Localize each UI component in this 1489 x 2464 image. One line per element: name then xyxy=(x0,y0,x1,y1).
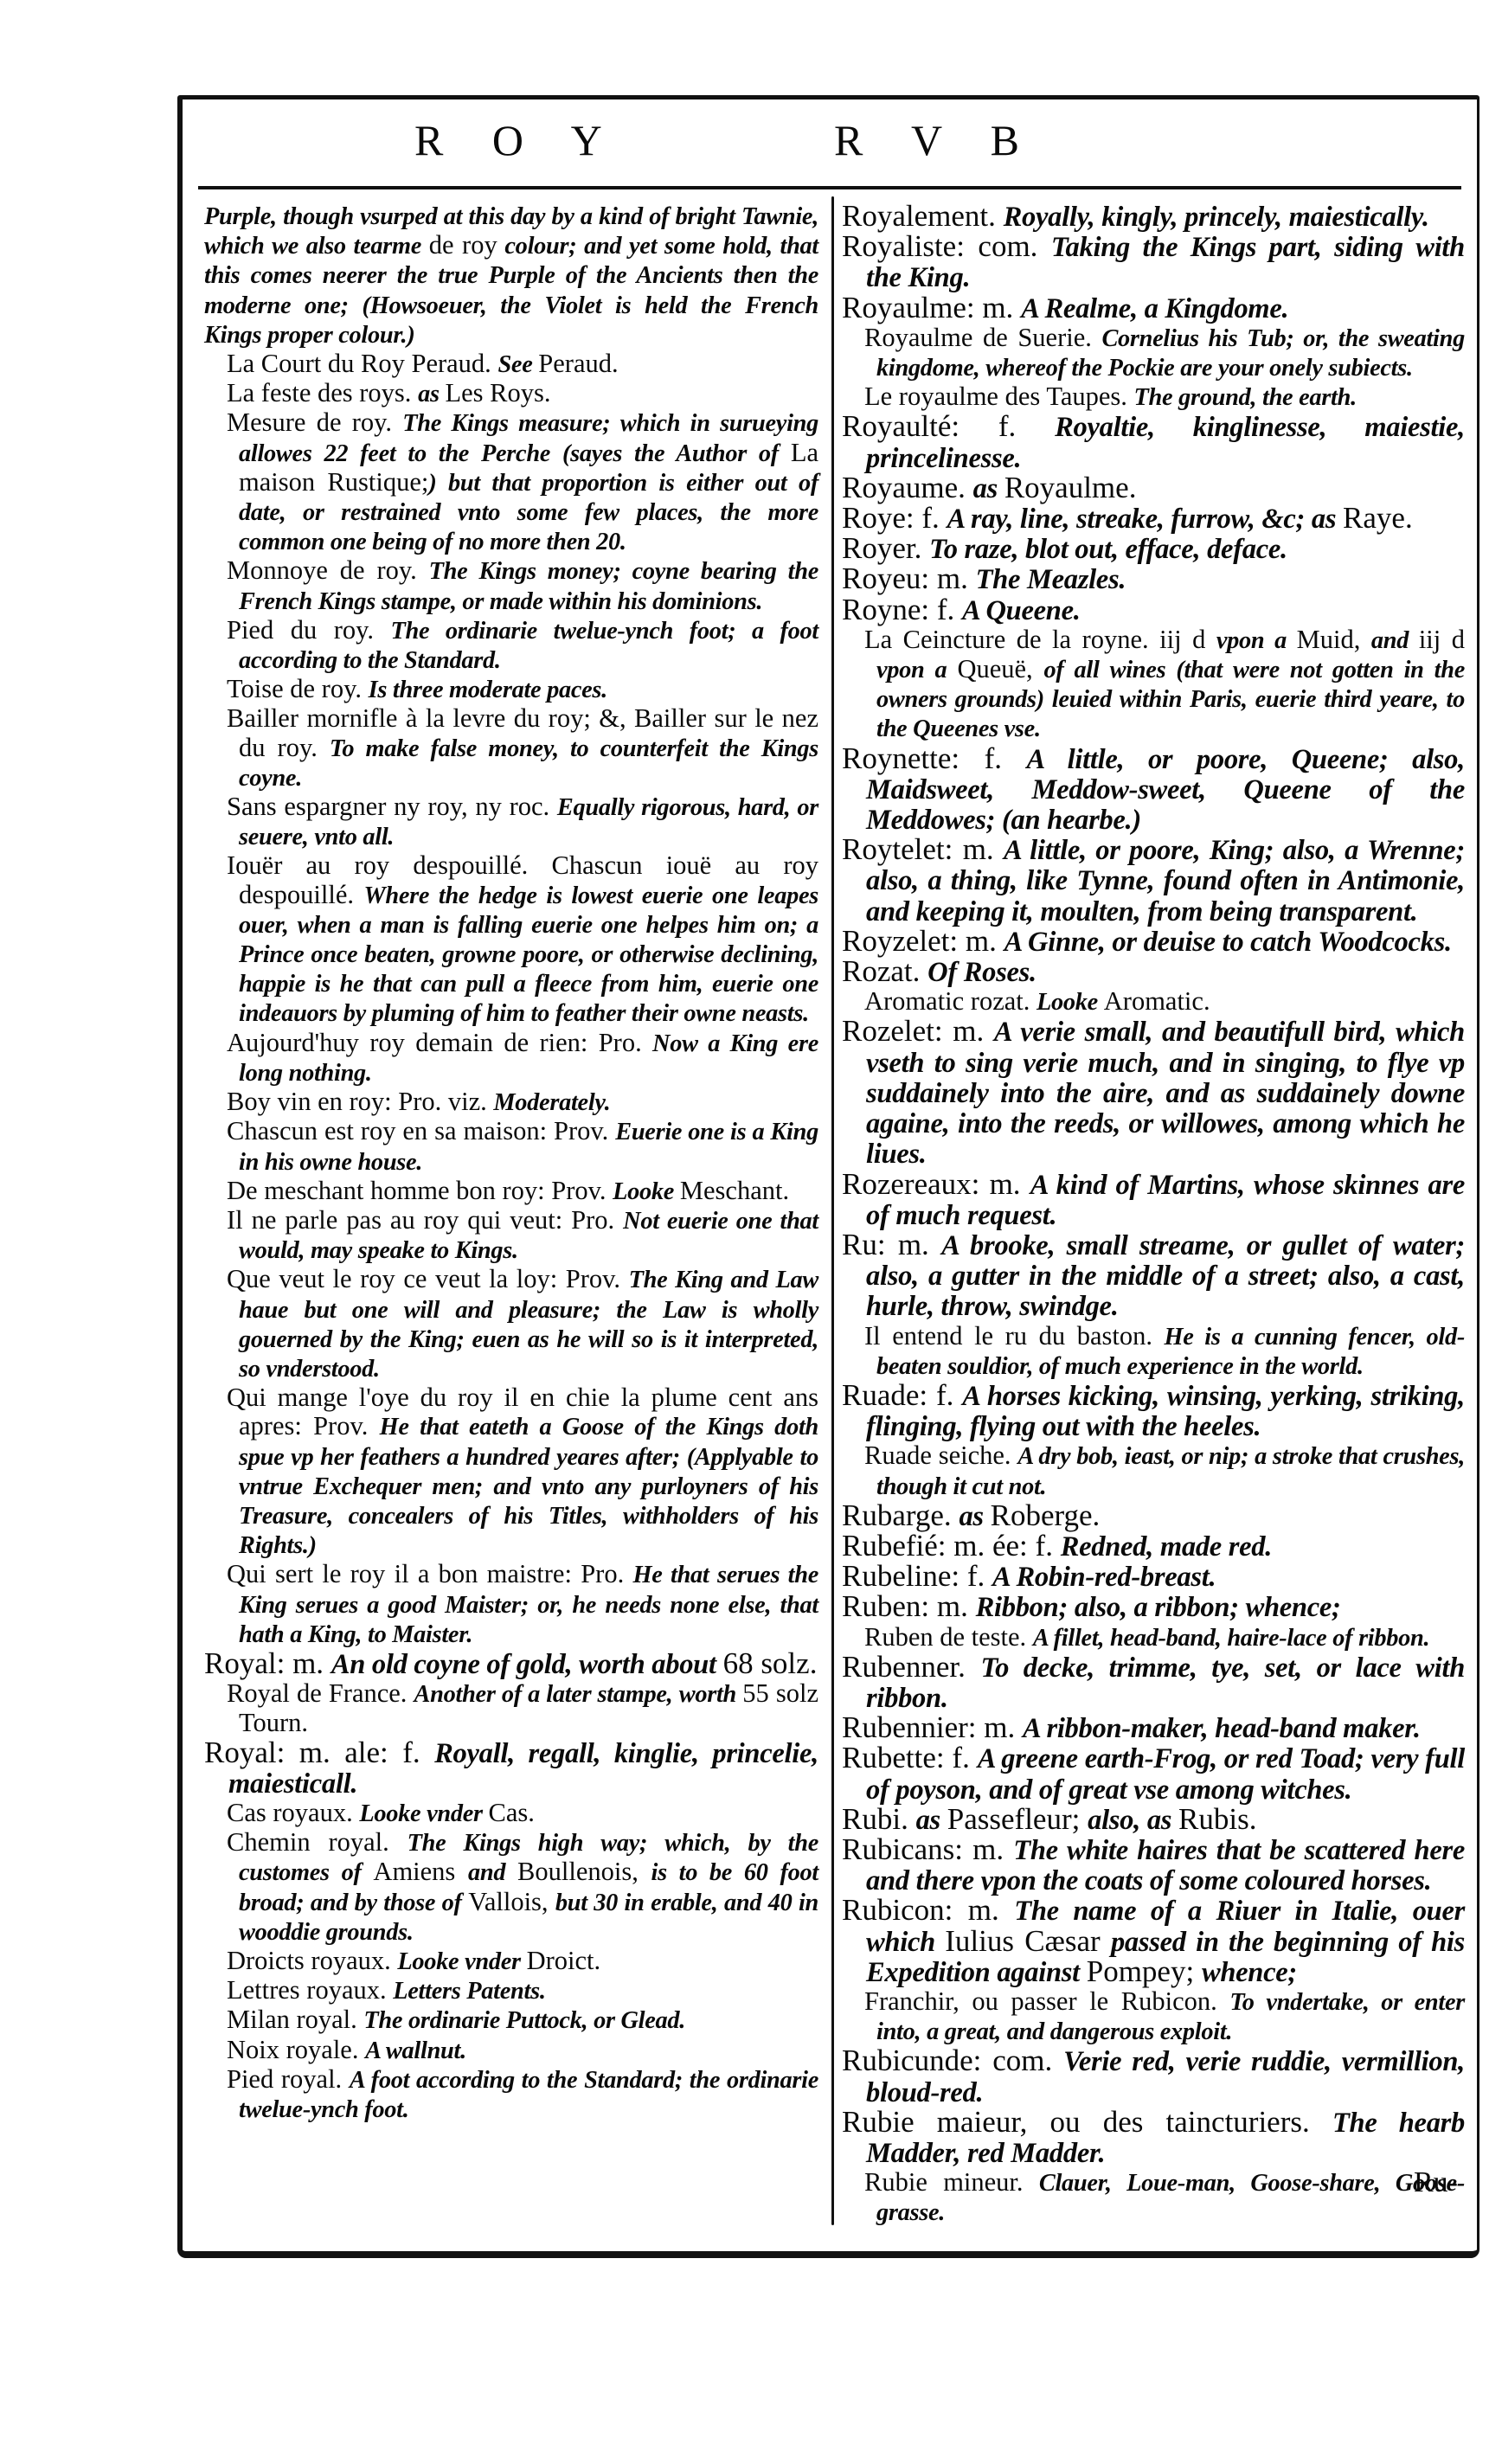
english-gloss: Is three moderate paces. xyxy=(369,677,607,703)
french-term: Roytelet: m. xyxy=(842,832,1004,866)
dictionary-entry: Il entend le ru du baston. He is a cunni… xyxy=(842,1322,1465,1381)
dictionary-entry: Purple, though vsurped at this day by a … xyxy=(204,202,818,350)
english-gloss: as xyxy=(973,473,1004,504)
french-term: Franchir, ou passer le Rubicon. xyxy=(864,1986,1229,2016)
dictionary-entry: Bailler mornifle à la levre du roy; &, B… xyxy=(204,704,818,792)
french-term: Rubennier: m. xyxy=(842,1710,1023,1744)
running-header: R O Y R V B xyxy=(198,99,1461,189)
french-term: iij d xyxy=(1419,625,1465,654)
dictionary-entry: Qui sert le roy il a bon maistre: Pro. H… xyxy=(204,1560,818,1649)
dictionary-entry: Ruben de teste. A fillet, head-band, hai… xyxy=(842,1623,1465,1652)
english-gloss: Letters Patents. xyxy=(393,1978,545,2005)
dictionary-entry: Franchir, ou passer le Rubicon. To vnder… xyxy=(842,1987,1465,2046)
french-term: Le royaulme des Taupes. xyxy=(864,382,1134,411)
french-term: Lettres royaux. xyxy=(227,1975,393,2005)
french-term: Rubie maieur, ou des taincturiers. xyxy=(842,2105,1332,2139)
dictionary-entry: Ruade seiche. A dry bob, ieast, or nip; … xyxy=(842,1441,1465,1500)
dictionary-headword-entry: Royal: m. ale: f. Royall, regall, kingli… xyxy=(204,1738,818,1799)
french-term: Rubicans: m. xyxy=(842,1832,1013,1866)
french-term: Meschant. xyxy=(680,1176,789,1205)
dictionary-headword-entry: Roye: f. A ray, line, streake, furrow, &… xyxy=(842,504,1465,534)
french-term: Amiens xyxy=(373,1857,468,1886)
english-gloss: Looke vnder xyxy=(359,1800,488,1827)
dictionary-headword-entry: Royaulme: m. A Realme, a Kingdome. xyxy=(842,293,1465,324)
french-term: De meschant homme bon roy: Prov. xyxy=(227,1176,613,1205)
english-gloss: and xyxy=(1371,627,1419,654)
english-gloss: An old coyne of gold, worth about xyxy=(331,1649,723,1680)
dictionary-headword-entry: Rubicunde: com. Verie red, verie ruddie,… xyxy=(842,2046,1465,2107)
french-term: Sans espargner ny roy, ny roc. xyxy=(227,792,557,821)
dictionary-headword-entry: Ruade: f. A horses kicking, winsing, yer… xyxy=(842,1381,1465,1441)
french-term: Royalement. xyxy=(842,199,1004,233)
french-term: Royne: f. xyxy=(842,593,962,626)
dictionary-entry: Pied royal. A foot according to the Stan… xyxy=(204,2065,818,2124)
dictionary-headword-entry: Roynette: f. A little, or poore, Queene;… xyxy=(842,744,1465,836)
catchword: Ru- xyxy=(1414,2166,1458,2199)
french-term: Roynette: f. xyxy=(842,741,1026,775)
english-gloss: To raze, blot out, efface, deface. xyxy=(929,534,1287,565)
french-term: La Ceincture de la royne. iij d xyxy=(864,625,1216,654)
dictionary-entry: La feste des roys. as Les Roys. xyxy=(204,379,818,408)
french-term: Rubenner. xyxy=(842,1650,981,1684)
french-term: Rubefié: m. ée: f. xyxy=(842,1529,1061,1562)
french-term: Ruben: m. xyxy=(842,1589,976,1623)
french-term: Ru: m. xyxy=(842,1228,941,1261)
dictionary-headword-entry: Rubicon: m. The name of a Riuer in Itali… xyxy=(842,1896,1465,1987)
french-term: Qui sert le roy il a bon maistre: Pro. xyxy=(227,1559,633,1588)
french-term: Royaulme de Suerie. xyxy=(864,323,1101,352)
dictionary-entry: Sans espargner ny roy, ny roc. Equally r… xyxy=(204,792,818,851)
french-term: Aromatic rozat. xyxy=(864,986,1037,1016)
english-gloss: Looke xyxy=(613,1178,680,1205)
french-term: Droict. xyxy=(527,1946,601,1975)
english-gloss: as xyxy=(959,1501,990,1532)
french-term: Il ne parle pas au roy qui veut: Pro. xyxy=(227,1205,623,1235)
dictionary-entry: La Ceincture de la royne. iij d vpon a M… xyxy=(842,626,1465,744)
french-term: Peraud. xyxy=(538,349,618,378)
english-gloss: as xyxy=(418,381,445,407)
english-gloss: Looke vnder xyxy=(397,1948,526,1975)
dictionary-headword-entry: Rozelet: m. A verie small, and beautiful… xyxy=(842,1017,1465,1169)
dictionary-headword-entry: Royer. To raze, blot out, efface, deface… xyxy=(842,534,1465,564)
french-term: Royzelet: m. xyxy=(842,924,1004,958)
dictionary-entry: Toise de roy. Is three moderate paces. xyxy=(204,675,818,704)
dictionary-headword-entry: Rubenner. To decke, trimme, tye, set, or… xyxy=(842,1652,1465,1713)
dictionary-headword-entry: Rozereaux: m. A kind of Martins, whose s… xyxy=(842,1170,1465,1230)
dictionary-entry: De meschant homme bon roy: Prov. Looke M… xyxy=(204,1177,818,1206)
english-gloss: as xyxy=(916,1805,947,1836)
dictionary-entry: Il ne parle pas au roy qui veut: Pro. No… xyxy=(204,1206,818,1265)
french-term: Toise de roy. xyxy=(227,674,369,703)
english-gloss: See xyxy=(497,351,538,378)
dictionary-entry: Droicts royaux. Looke vnder Droict. xyxy=(204,1947,818,1976)
english-gloss: vpon a xyxy=(876,657,957,683)
french-term: Royaume. xyxy=(842,471,973,504)
running-head-right: R V B xyxy=(834,115,1038,165)
french-term: Pied royal. xyxy=(227,2064,350,2094)
dictionary-entry: Milan royal. The ordinarie Puttock, or G… xyxy=(204,2005,818,2035)
french-term: Royal de France. xyxy=(227,1678,414,1708)
dictionary-headword-entry: Rubefié: m. ée: f. Redned, made red. xyxy=(842,1531,1465,1562)
french-term: Pied du roy. xyxy=(227,615,390,645)
english-gloss: whence; xyxy=(1202,1957,1297,1988)
english-gloss: A brooke, small streame, or gullet of wa… xyxy=(866,1230,1465,1322)
french-term: La feste des roys. xyxy=(227,378,418,407)
dictionary-entry: Mesure de roy. The Kings measure; which … xyxy=(204,408,818,556)
dictionary-entry: Royal de France. Another of a later stam… xyxy=(204,1679,818,1737)
french-term: Chascun est roy en sa maison: Prov. xyxy=(227,1116,615,1145)
french-term: Aromatic. xyxy=(1104,986,1210,1016)
french-term: Vallois, xyxy=(468,1887,555,1916)
french-term: Iulius Cæsar xyxy=(945,1924,1111,1958)
dictionary-headword-entry: Royalement. Royally, kingly, princely, m… xyxy=(842,202,1465,232)
english-gloss: A Realme, a Kingdome. xyxy=(1021,293,1288,324)
english-gloss: Moderately. xyxy=(493,1089,610,1116)
dictionary-entry: Chascun est roy en sa maison: Prov. Euer… xyxy=(204,1117,818,1176)
french-term: Mesure de roy. xyxy=(227,407,402,437)
english-gloss: The Meazles. xyxy=(976,564,1126,595)
french-term: Royaulté: f. xyxy=(842,409,1055,443)
french-term: Droicts royaux. xyxy=(227,1946,397,1975)
french-term: Queuë, xyxy=(957,654,1043,683)
dictionary-headword-entry: Royaume. as Royaulme. xyxy=(842,473,1465,504)
dictionary-headword-entry: Royaliste: com. Taking the Kings part, s… xyxy=(842,232,1465,292)
french-term: 68 solz. xyxy=(723,1646,818,1680)
dictionary-headword-entry: Royaulté: f. Royaltie, kinglinesse, maie… xyxy=(842,412,1465,472)
french-term: Boullenois, xyxy=(517,1857,651,1886)
dictionary-entry: Monnoye de roy. The Kings money; coyne b… xyxy=(204,556,818,615)
french-term: Royeu: m. xyxy=(842,561,976,595)
french-term: Rubis. xyxy=(1178,1802,1256,1836)
dictionary-entry: Royaulme de Suerie. Cornelius his Tub; o… xyxy=(842,324,1465,382)
french-term: Cas. xyxy=(489,1798,535,1827)
french-term: Monnoye de roy. xyxy=(227,555,429,585)
english-gloss: A ribbon-maker, head-band maker. xyxy=(1023,1713,1421,1744)
dictionary-headword-entry: Royeu: m. The Meazles. xyxy=(842,564,1465,594)
french-term: Roberge. xyxy=(991,1498,1101,1532)
english-gloss: A Robin-red-breast. xyxy=(992,1562,1216,1593)
english-gloss: also, as xyxy=(1088,1805,1178,1836)
dictionary-headword-entry: Royzelet: m. A Ginne, or deuise to catch… xyxy=(842,927,1465,957)
dictionary-entry: La Court du Roy Peraud. See Peraud. xyxy=(204,350,818,379)
dictionary-headword-entry: Rozat. Of Roses. xyxy=(842,957,1465,987)
french-term: Noix royale. xyxy=(227,2035,365,2064)
english-gloss: vpon a xyxy=(1216,627,1297,654)
english-gloss: Royally, kingly, princely, maiestically. xyxy=(1004,202,1429,233)
french-term: Rubi. xyxy=(842,1802,916,1836)
dictionary-headword-entry: Royal: m. An old coyne of gold, worth ab… xyxy=(204,1649,818,1679)
french-term: Royaliste: com. xyxy=(842,229,1051,263)
dictionary-headword-entry: Roytelet: m. A little, or poore, King; a… xyxy=(842,835,1465,927)
dictionary-headword-entry: Rubie maieur, ou des taincturiers. The h… xyxy=(842,2108,1465,2168)
dictionary-entry: Qui mange l'oye du roy il en chie la plu… xyxy=(204,1383,818,1560)
dictionary-entry: Que veut le roy ce veut la loy: Prov. Th… xyxy=(204,1265,818,1383)
french-term: Raye. xyxy=(1343,501,1413,535)
dictionary-headword-entry: Ru: m. A brooke, small streame, or gulle… xyxy=(842,1230,1465,1322)
dictionary-entry: Rubie mineur. Clauer, Loue-man, Goose-sh… xyxy=(842,2168,1465,2227)
dictionary-entry: Aujourd'huy roy demain de rien: Pro. Now… xyxy=(204,1029,818,1088)
french-term: Rubie mineur. xyxy=(864,2167,1039,2197)
french-term: Muid, xyxy=(1297,625,1371,654)
running-head-left: R O Y xyxy=(414,115,621,165)
french-term: Royaulme. xyxy=(1004,471,1137,504)
english-gloss: A Queene. xyxy=(962,595,1081,626)
french-term: Rubicon: m. xyxy=(842,1893,1014,1927)
dictionary-entry: Boy vin en roy: Pro. viz. Moderately. xyxy=(204,1088,818,1117)
french-term: Rozelet: m. xyxy=(842,1014,994,1048)
french-term: Pompey; xyxy=(1087,1954,1202,1988)
french-term: Milan royal. xyxy=(227,2005,363,2034)
dictionary-headword-entry: Rubeline: f. A Robin-red-breast. xyxy=(842,1562,1465,1592)
french-term: Roye: f. xyxy=(842,501,947,535)
french-term: Les Roys. xyxy=(445,378,550,407)
dictionary-entry: Le royaulme des Taupes. The ground, the … xyxy=(842,382,1465,412)
right-column: Royalement. Royally, kingly, princely, m… xyxy=(842,202,1465,2228)
french-term: Rubeline: f. xyxy=(842,1559,992,1593)
french-term: Rozat. xyxy=(842,954,927,988)
english-gloss: Of Roses. xyxy=(927,957,1037,988)
french-term: Rubarge. xyxy=(842,1498,959,1532)
dictionary-entry: Cas royaux. Looke vnder Cas. xyxy=(204,1799,818,1828)
dictionary-headword-entry: Rubennier: m. A ribbon-maker, head-band … xyxy=(842,1713,1465,1743)
dictionary-entry: Lettres royaux. Letters Patents. xyxy=(204,1976,818,2005)
english-gloss: A wallnut. xyxy=(365,2037,466,2064)
dictionary-headword-entry: Rubi. as Passefleur; also, as Rubis. xyxy=(842,1805,1465,1835)
dictionary-entry: Pied du roy. The ordinarie twelue-ynch f… xyxy=(204,616,818,675)
french-term: Rubicunde: com. xyxy=(842,2044,1063,2077)
french-term: Royaulme: m. xyxy=(842,291,1021,324)
dictionary-headword-entry: Royne: f. A Queene. xyxy=(842,595,1465,626)
dictionary-entry: Noix royale. A wallnut. xyxy=(204,2036,818,2065)
french-term: Boy vin en roy: Pro. viz. xyxy=(227,1087,493,1116)
english-gloss: and xyxy=(468,1859,517,1886)
french-term: de roy xyxy=(429,230,497,260)
french-term: Ruade: f. xyxy=(842,1378,962,1412)
dictionary-entry: Chemin royal. The Kings high way; which,… xyxy=(204,1828,818,1947)
english-gloss: A fillet, head-band, haire-lace of ribbo… xyxy=(1033,1625,1429,1652)
dictionary-headword-entry: Ruben: m. Ribbon; also, a ribbon; whence… xyxy=(842,1592,1465,1622)
french-term: Rubette: f. xyxy=(842,1741,978,1774)
french-term: La Court du Roy Peraud. xyxy=(227,349,497,378)
dictionary-headword-entry: Rubicans: m. The white haires that be sc… xyxy=(842,1835,1465,1896)
english-gloss: The ground, the earth. xyxy=(1134,384,1357,411)
french-term: Ruben de teste. xyxy=(864,1622,1033,1652)
french-term: Il entend le ru du baston. xyxy=(864,1321,1165,1351)
left-column: Purple, though vsurped at this day by a … xyxy=(204,202,818,2124)
dictionary-headword-entry: Rubette: f. A greene earth-Frog, or red … xyxy=(842,1743,1465,1804)
french-term: Chemin royal. xyxy=(227,1827,408,1857)
english-gloss: Another of a later stampe, worth xyxy=(414,1681,743,1708)
french-term: Aujourd'huy roy demain de rien: Pro. xyxy=(227,1028,652,1057)
french-term: Ruade seiche. xyxy=(864,1441,1017,1470)
french-term: Royer. xyxy=(842,531,929,565)
french-term: Que veut le roy ce veut la loy: Prov. xyxy=(227,1264,629,1293)
page-frame: R O Y R V B Purple, though vsurped at th… xyxy=(177,95,1479,2258)
english-gloss: A Ginne, or deuise to catch Woodcocks. xyxy=(1004,927,1452,958)
french-term: Royal: m. xyxy=(204,1646,331,1680)
english-gloss: A ray, line, streake, furrow, &c; as xyxy=(947,504,1344,535)
column-divider xyxy=(831,196,834,2225)
french-term: Royal: m. ale: f. xyxy=(204,1736,434,1769)
french-term: Passefleur; xyxy=(947,1802,1088,1836)
english-gloss: Looke xyxy=(1037,989,1104,1016)
english-gloss: Redned, made red. xyxy=(1061,1531,1272,1562)
french-term: Cas royaux. xyxy=(227,1798,359,1827)
english-gloss: The ordinarie Puttock, or Glead. xyxy=(363,2007,685,2034)
dictionary-entry: Iouër au roy despouillé. Chascun iouë au… xyxy=(204,851,818,1028)
dictionary-headword-entry: Rubarge. as Roberge. xyxy=(842,1501,1465,1531)
english-gloss: Ribbon; also, a ribbon; whence; xyxy=(976,1592,1341,1623)
dictionary-entry: Aromatic rozat. Looke Aromatic. xyxy=(842,987,1465,1017)
french-term: Rozereaux: m. xyxy=(842,1167,1030,1201)
